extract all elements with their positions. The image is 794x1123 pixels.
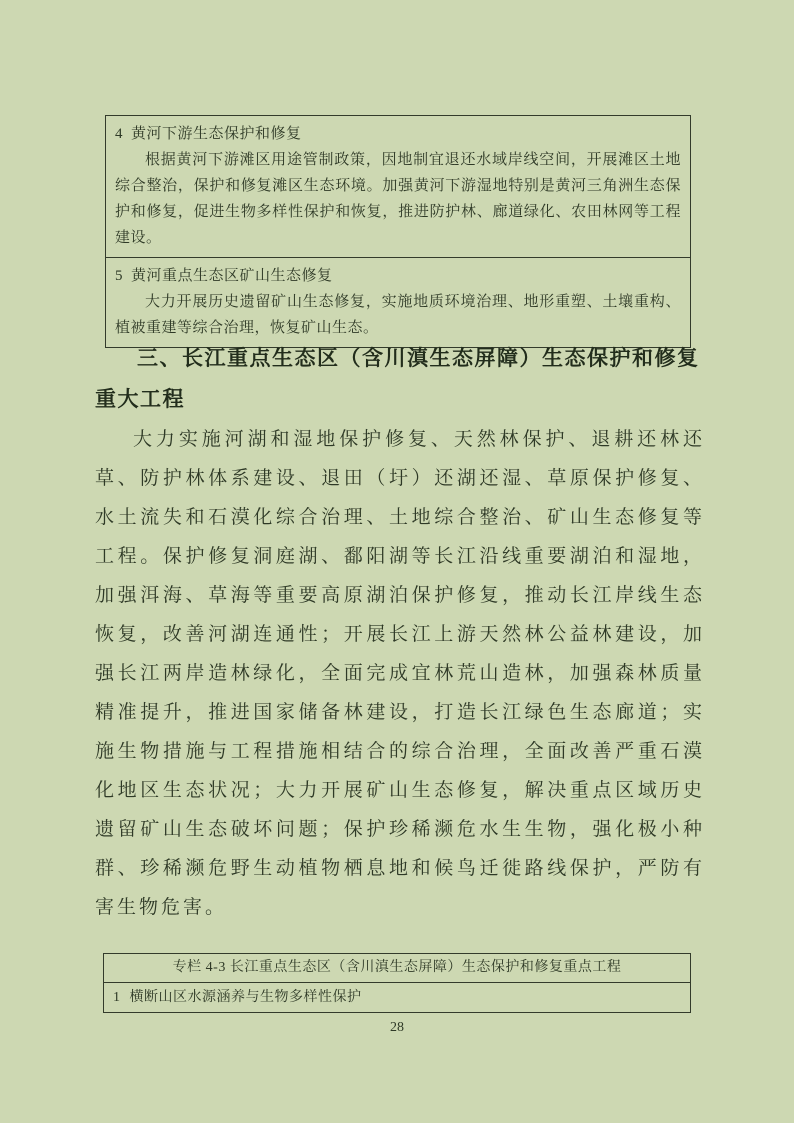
yangtze-box: 专栏 4-3 长江重点生态区（含川滇生态屏障）生态保护和修复重点工程 1横断山区… bbox=[103, 953, 691, 1013]
box-item-title: 5黄河重点生态区矿山生态修复 bbox=[115, 263, 681, 289]
body-paragraph: 大力实施河湖和湿地保护修复、天然林保护、退耕还林还草、防护林体系建设、退田（圩）… bbox=[95, 420, 705, 927]
box-item-title: 4黄河下游生态保护和修复 bbox=[115, 121, 681, 147]
row-number: 1 bbox=[113, 990, 121, 1005]
section-heading: 三、长江重点生态区（含川滇生态屏障）生态保护和修复重大工程 bbox=[95, 338, 707, 420]
yangtze-box-header: 专栏 4-3 长江重点生态区（含川滇生态屏障）生态保护和修复重点工程 bbox=[104, 954, 690, 983]
box-item-title-text: 黄河下游生态保护和修复 bbox=[131, 126, 302, 142]
box-item-body: 根据黄河下游滩区用途管制政策，因地制宜退还水域岸线空间，开展滩区土地综合整治，保… bbox=[115, 147, 681, 251]
yangtze-box-row: 1横断山区水源涵养与生物多样性保护 bbox=[104, 983, 690, 1012]
box-item-body: 大力开展历史遗留矿山生态修复，实施地质环境治理、地形重塑、土壤重构、植被重建等综… bbox=[115, 289, 681, 341]
row-text: 横断山区水源涵养与生物多样性保护 bbox=[130, 990, 362, 1005]
yellow-river-box: 4黄河下游生态保护和修复 根据黄河下游滩区用途管制政策，因地制宜退还水域岸线空间… bbox=[105, 115, 691, 348]
box-item-number: 5 bbox=[115, 268, 123, 284]
page-number: 28 bbox=[0, 1020, 794, 1036]
box-item-5: 5黄河重点生态区矿山生态修复 大力开展历史遗留矿山生态修复，实施地质环境治理、地… bbox=[106, 257, 690, 347]
box-item-4: 4黄河下游生态保护和修复 根据黄河下游滩区用途管制政策，因地制宜退还水域岸线空间… bbox=[106, 116, 690, 257]
box-item-number: 4 bbox=[115, 126, 123, 142]
document-page: 4黄河下游生态保护和修复 根据黄河下游滩区用途管制政策，因地制宜退还水域岸线空间… bbox=[0, 0, 794, 1123]
box-item-title-text: 黄河重点生态区矿山生态修复 bbox=[131, 268, 333, 284]
